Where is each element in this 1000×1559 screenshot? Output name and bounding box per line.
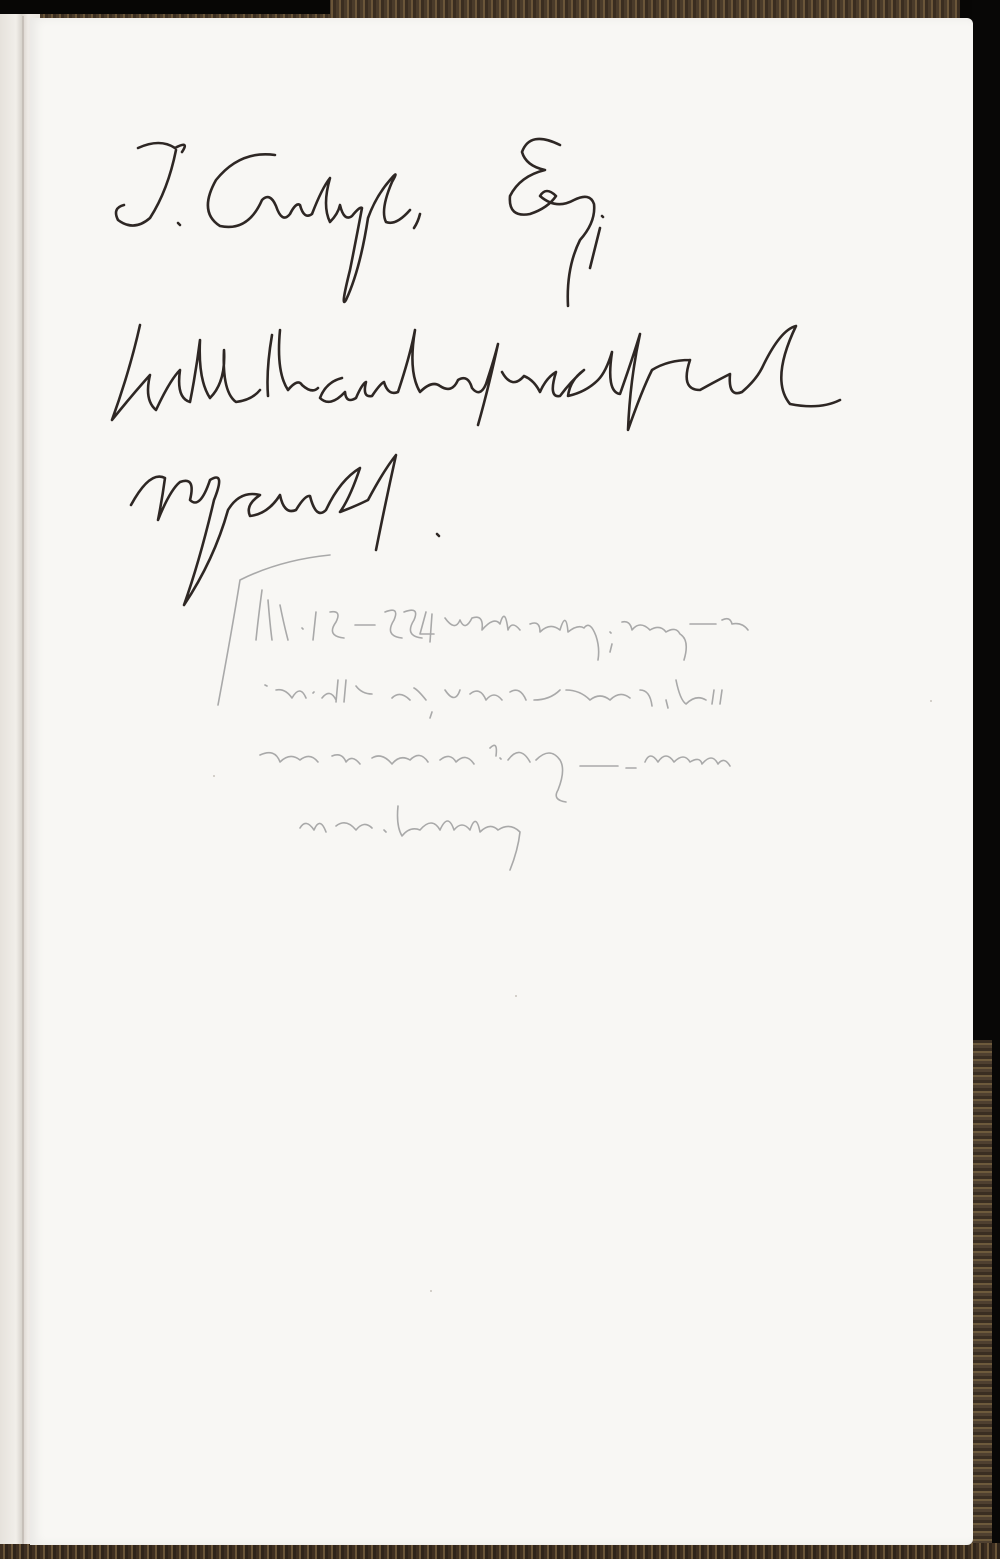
handwriting-layer — [0, 0, 1000, 1559]
inscription-line-2-strokes — [112, 325, 840, 430]
inscription-line-1-strokes — [116, 139, 603, 306]
inscription-line-3-strokes — [131, 455, 439, 605]
pencil-annotation-strokes — [218, 555, 748, 870]
